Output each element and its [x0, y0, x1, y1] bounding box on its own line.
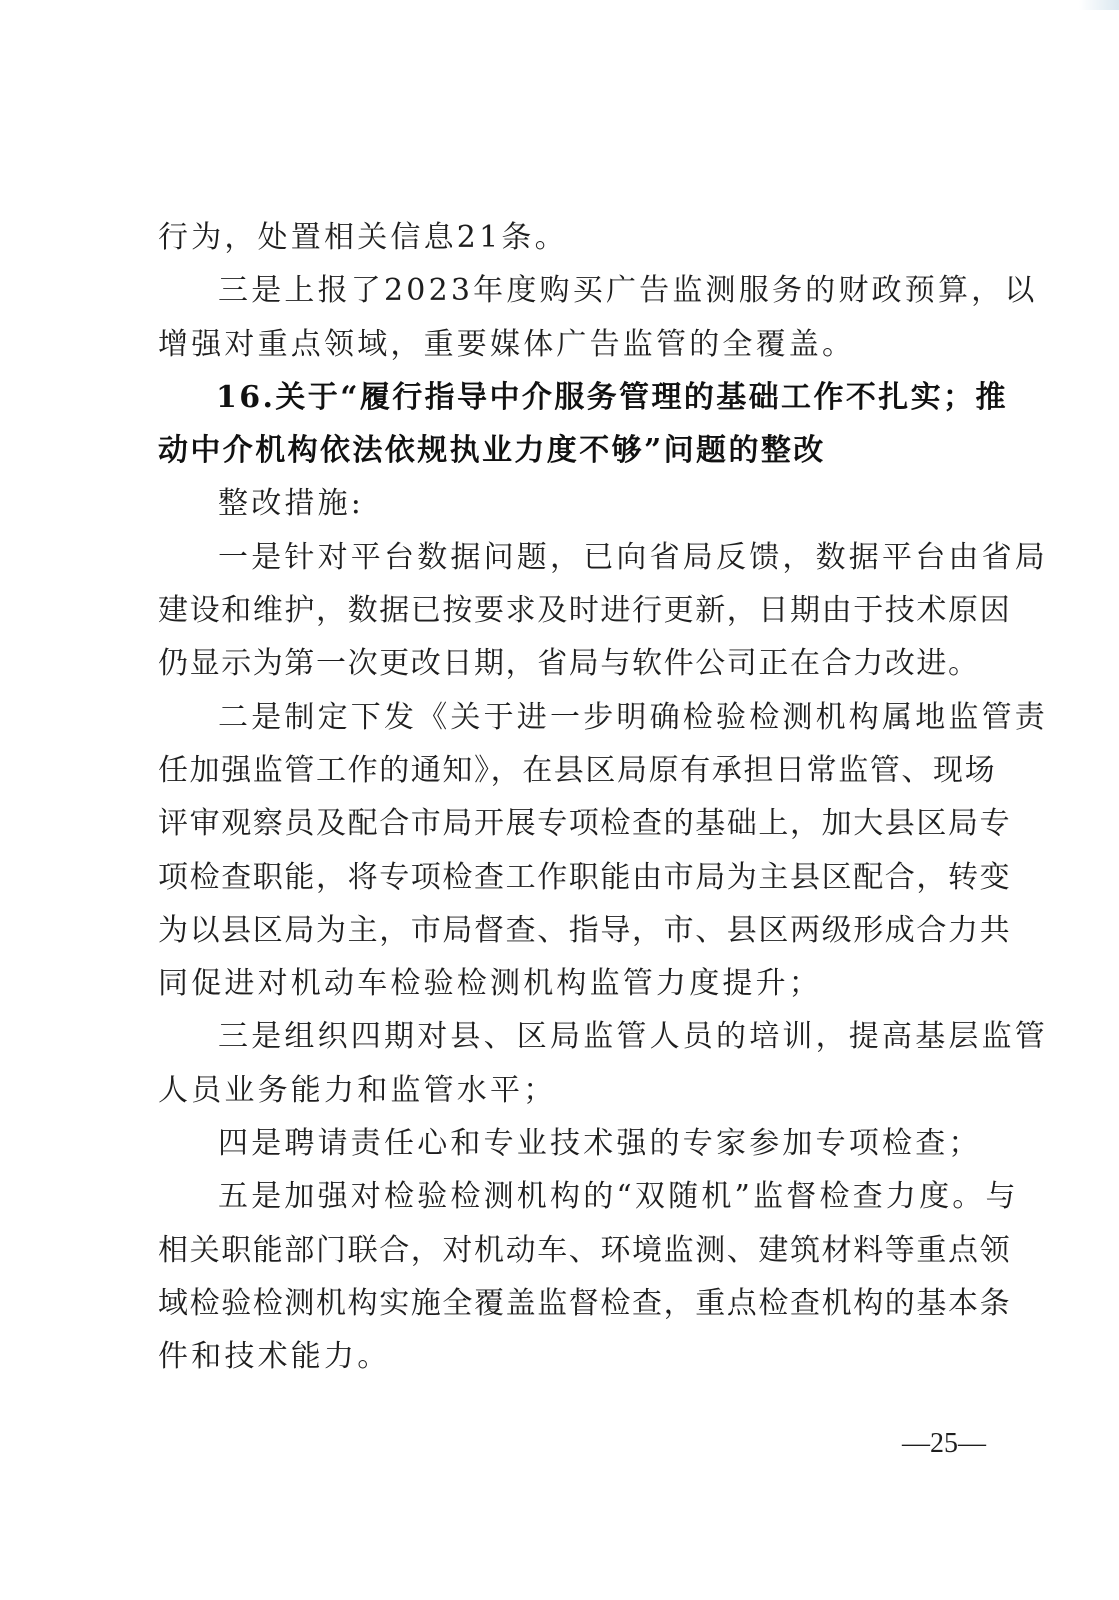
paragraph-line-continuation: 行为，处置相关信息21条。: [158, 211, 964, 264]
paragraph-line: 仍显示为第一次更改日期，省局与软件公司正在合力改进。: [158, 637, 964, 690]
paragraph-line: 同促进对机动车检验检测机构监管力度提升；: [158, 957, 964, 1010]
paragraph-line: 件和技术能力。: [158, 1330, 964, 1383]
document-body: 行为，处置相关信息21条。 三是上报了2023年度购买广告监测服务的财政预算，以…: [158, 211, 964, 1384]
paragraph-line: 增强对重点领域，重要媒体广告监管的全覆盖。: [158, 318, 964, 371]
paragraph-line-item-four: 四是聘请责任心和专业技术强的专家参加专项检查；: [158, 1117, 964, 1170]
paragraph-line: 项检查职能，将专项检查工作职能由市局为主县区配合，转变: [158, 851, 964, 904]
paragraph-line: 任加强监管工作的通知》，在县区局原有承担日常监管、现场: [158, 744, 964, 797]
paragraph-line-item-three: 三是上报了2023年度购买广告监测服务的财政预算，以: [158, 264, 964, 317]
paragraph-line: 为以县区局为主，市局督查、指导，市、县区两级形成合力共: [158, 904, 964, 957]
measures-label: 整改措施:: [158, 477, 964, 530]
section-heading-16: 16.关于“履行指导中介服务管理的基础工作不扎实；推: [158, 371, 964, 424]
paragraph-line: 评审观察员及配合市局开展专项检查的基础上，加大县区局专: [158, 797, 964, 850]
paragraph-line-item-two: 二是制定下发《关于进一步明确检验检测机构属地监管责: [158, 691, 964, 744]
paragraph-line: 域检验检测机构实施全覆盖监督检查，重点检查机构的基本条: [158, 1277, 964, 1330]
page-number: —25—: [902, 1428, 986, 1460]
paragraph-line-item-three-training: 三是组织四期对县、区局监管人员的培训，提高基层监管: [158, 1010, 964, 1063]
scan-artifact: [1079, 0, 1119, 10]
paragraph-line: 人员业务能力和监管水平；: [158, 1064, 964, 1117]
paragraph-line: 相关职能部门联合，对机动车、环境监测、建筑材料等重点领: [158, 1224, 964, 1277]
paragraph-line-item-one: 一是针对平台数据问题，已向省局反馈，数据平台由省局: [158, 531, 964, 584]
paragraph-line-item-five: 五是加强对检验检测机构的“双随机”监督检查力度。与: [158, 1170, 964, 1223]
section-heading-16-continued: 动中介机构依法依规执业力度不够”问题的整改: [158, 424, 964, 477]
paragraph-line: 建设和维护，数据已按要求及时进行更新，日期由于技术原因: [158, 584, 964, 637]
